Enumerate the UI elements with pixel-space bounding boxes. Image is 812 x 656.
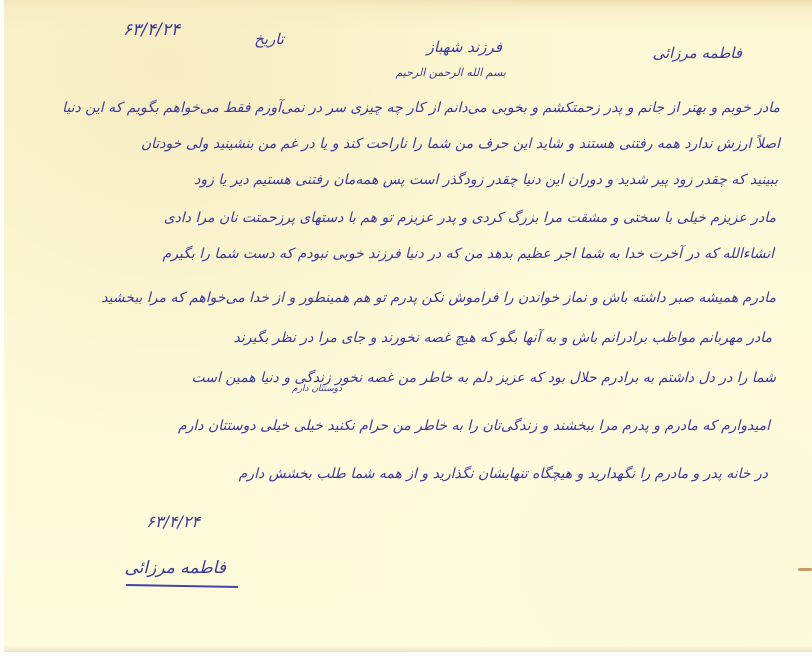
body-line-5: انشاءالله که در آخرت خدا به شما اجر عظیم…: [163, 246, 774, 262]
body-line-6: مادرم همیشه صبر داشته باش و نماز خواندن …: [101, 290, 776, 306]
bismillah: بسم الله الرحمن الرحیم: [395, 66, 506, 79]
body-line-10: در خانه پدر و مادرم را نگهدارید و هیچگاه…: [239, 466, 768, 482]
author-name: فاطمه مرزائی: [652, 44, 742, 62]
letter-title: فرزند شهباز: [427, 38, 502, 56]
date-label: تاریخ: [254, 30, 284, 48]
body-line-8: شما را در دل داشتم به برادرم حلال بود که…: [192, 370, 777, 386]
body-line-7: مادر مهربانم مواظب برادرانم باش و به آنه…: [234, 330, 772, 346]
body-line-3: ببینید که چقدر زود پیر شدید و دوران این …: [194, 172, 778, 188]
letter-paper: فاطمه مرزائی فرزند شهباز بسم الله الرحمن…: [4, 0, 812, 652]
signature: فاطمه مرزائی: [124, 558, 226, 578]
paper-edge-mark: [798, 568, 812, 571]
body-line-4: مادر عزیزم خیلی با سختی و مشقت مرا بزرگ …: [164, 210, 776, 226]
signature-underline: [126, 584, 238, 588]
body-line-1: مادر خوبم و بهتر از جانم و پدر زحمتکشم و…: [62, 100, 780, 116]
body-line-2: اصلاً ارزش ندارد همه رفتنی هستند و شاید …: [141, 136, 780, 152]
body-line-9: امیدوارم که مادرم و پدرم مرا ببخشند و زن…: [178, 418, 770, 434]
header-date: ۶۳/۴/۲۴: [123, 20, 180, 40]
closing-date: ۶۳/۴/۲۴: [146, 512, 200, 531]
